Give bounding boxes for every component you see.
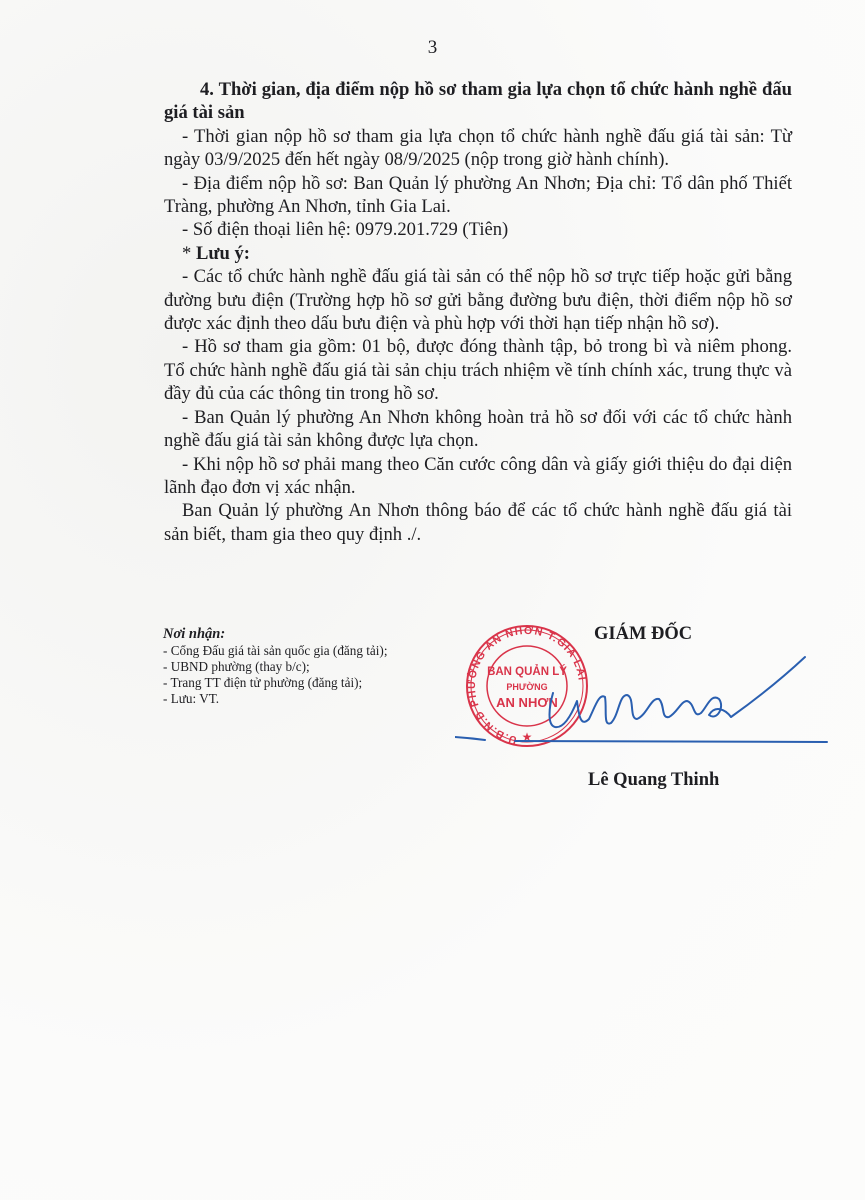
page-number: 3 (0, 37, 865, 59)
handwritten-signature-icon (455, 645, 835, 755)
signer-name: Lê Quang Thinh (588, 770, 719, 791)
recipient-item: - UBND phường (thay b/c); (163, 659, 463, 675)
recipient-item: - Cổng Đấu giá tài sản quốc gia (đăng tả… (163, 643, 463, 659)
paragraph-contact-phone: - Số điện thoại liên hệ: 0979.201.729 (T… (164, 218, 792, 241)
document-body: 4. Thời gian, địa điểm nộp hồ sơ tham gi… (164, 78, 792, 546)
paragraph-submission-place: - Địa điểm nộp hồ sơ: Ban Quản lý phường… (164, 172, 792, 219)
note-item: - Hồ sơ tham gia gồm: 01 bộ, được đóng t… (164, 335, 792, 405)
signer-title: GIÁM ĐỐC (594, 624, 692, 645)
note-star: * (182, 243, 191, 264)
section-heading: 4. Thời gian, địa điểm nộp hồ sơ tham gi… (164, 78, 792, 125)
recipients-block: Nơi nhận: - Cổng Đấu giá tài sản quốc gi… (163, 625, 463, 707)
note-item: - Khi nộp hồ sơ phải mang theo Căn cước … (164, 453, 792, 500)
note-label: Lưu ý: (196, 243, 250, 264)
recipients-title: Nơi nhận: (163, 625, 463, 643)
note-heading: * Lưu ý: (164, 242, 792, 265)
note-item: - Các tổ chức hành nghề đấu giá tài sản … (164, 265, 792, 335)
recipient-item: - Trang TT điện tử phường (đăng tải); (163, 675, 463, 691)
document-page: 3 4. Thời gian, địa điểm nộp hồ sơ tham … (0, 0, 865, 1200)
recipient-item: - Lưu: VT. (163, 691, 463, 707)
paragraph-submission-time: - Thời gian nộp hồ sơ tham gia lựa chọn … (164, 125, 792, 172)
closing-statement: Ban Quản lý phường An Nhơn thông báo để … (164, 499, 792, 546)
note-item: - Ban Quản lý phường An Nhơn không hoàn … (164, 406, 792, 453)
